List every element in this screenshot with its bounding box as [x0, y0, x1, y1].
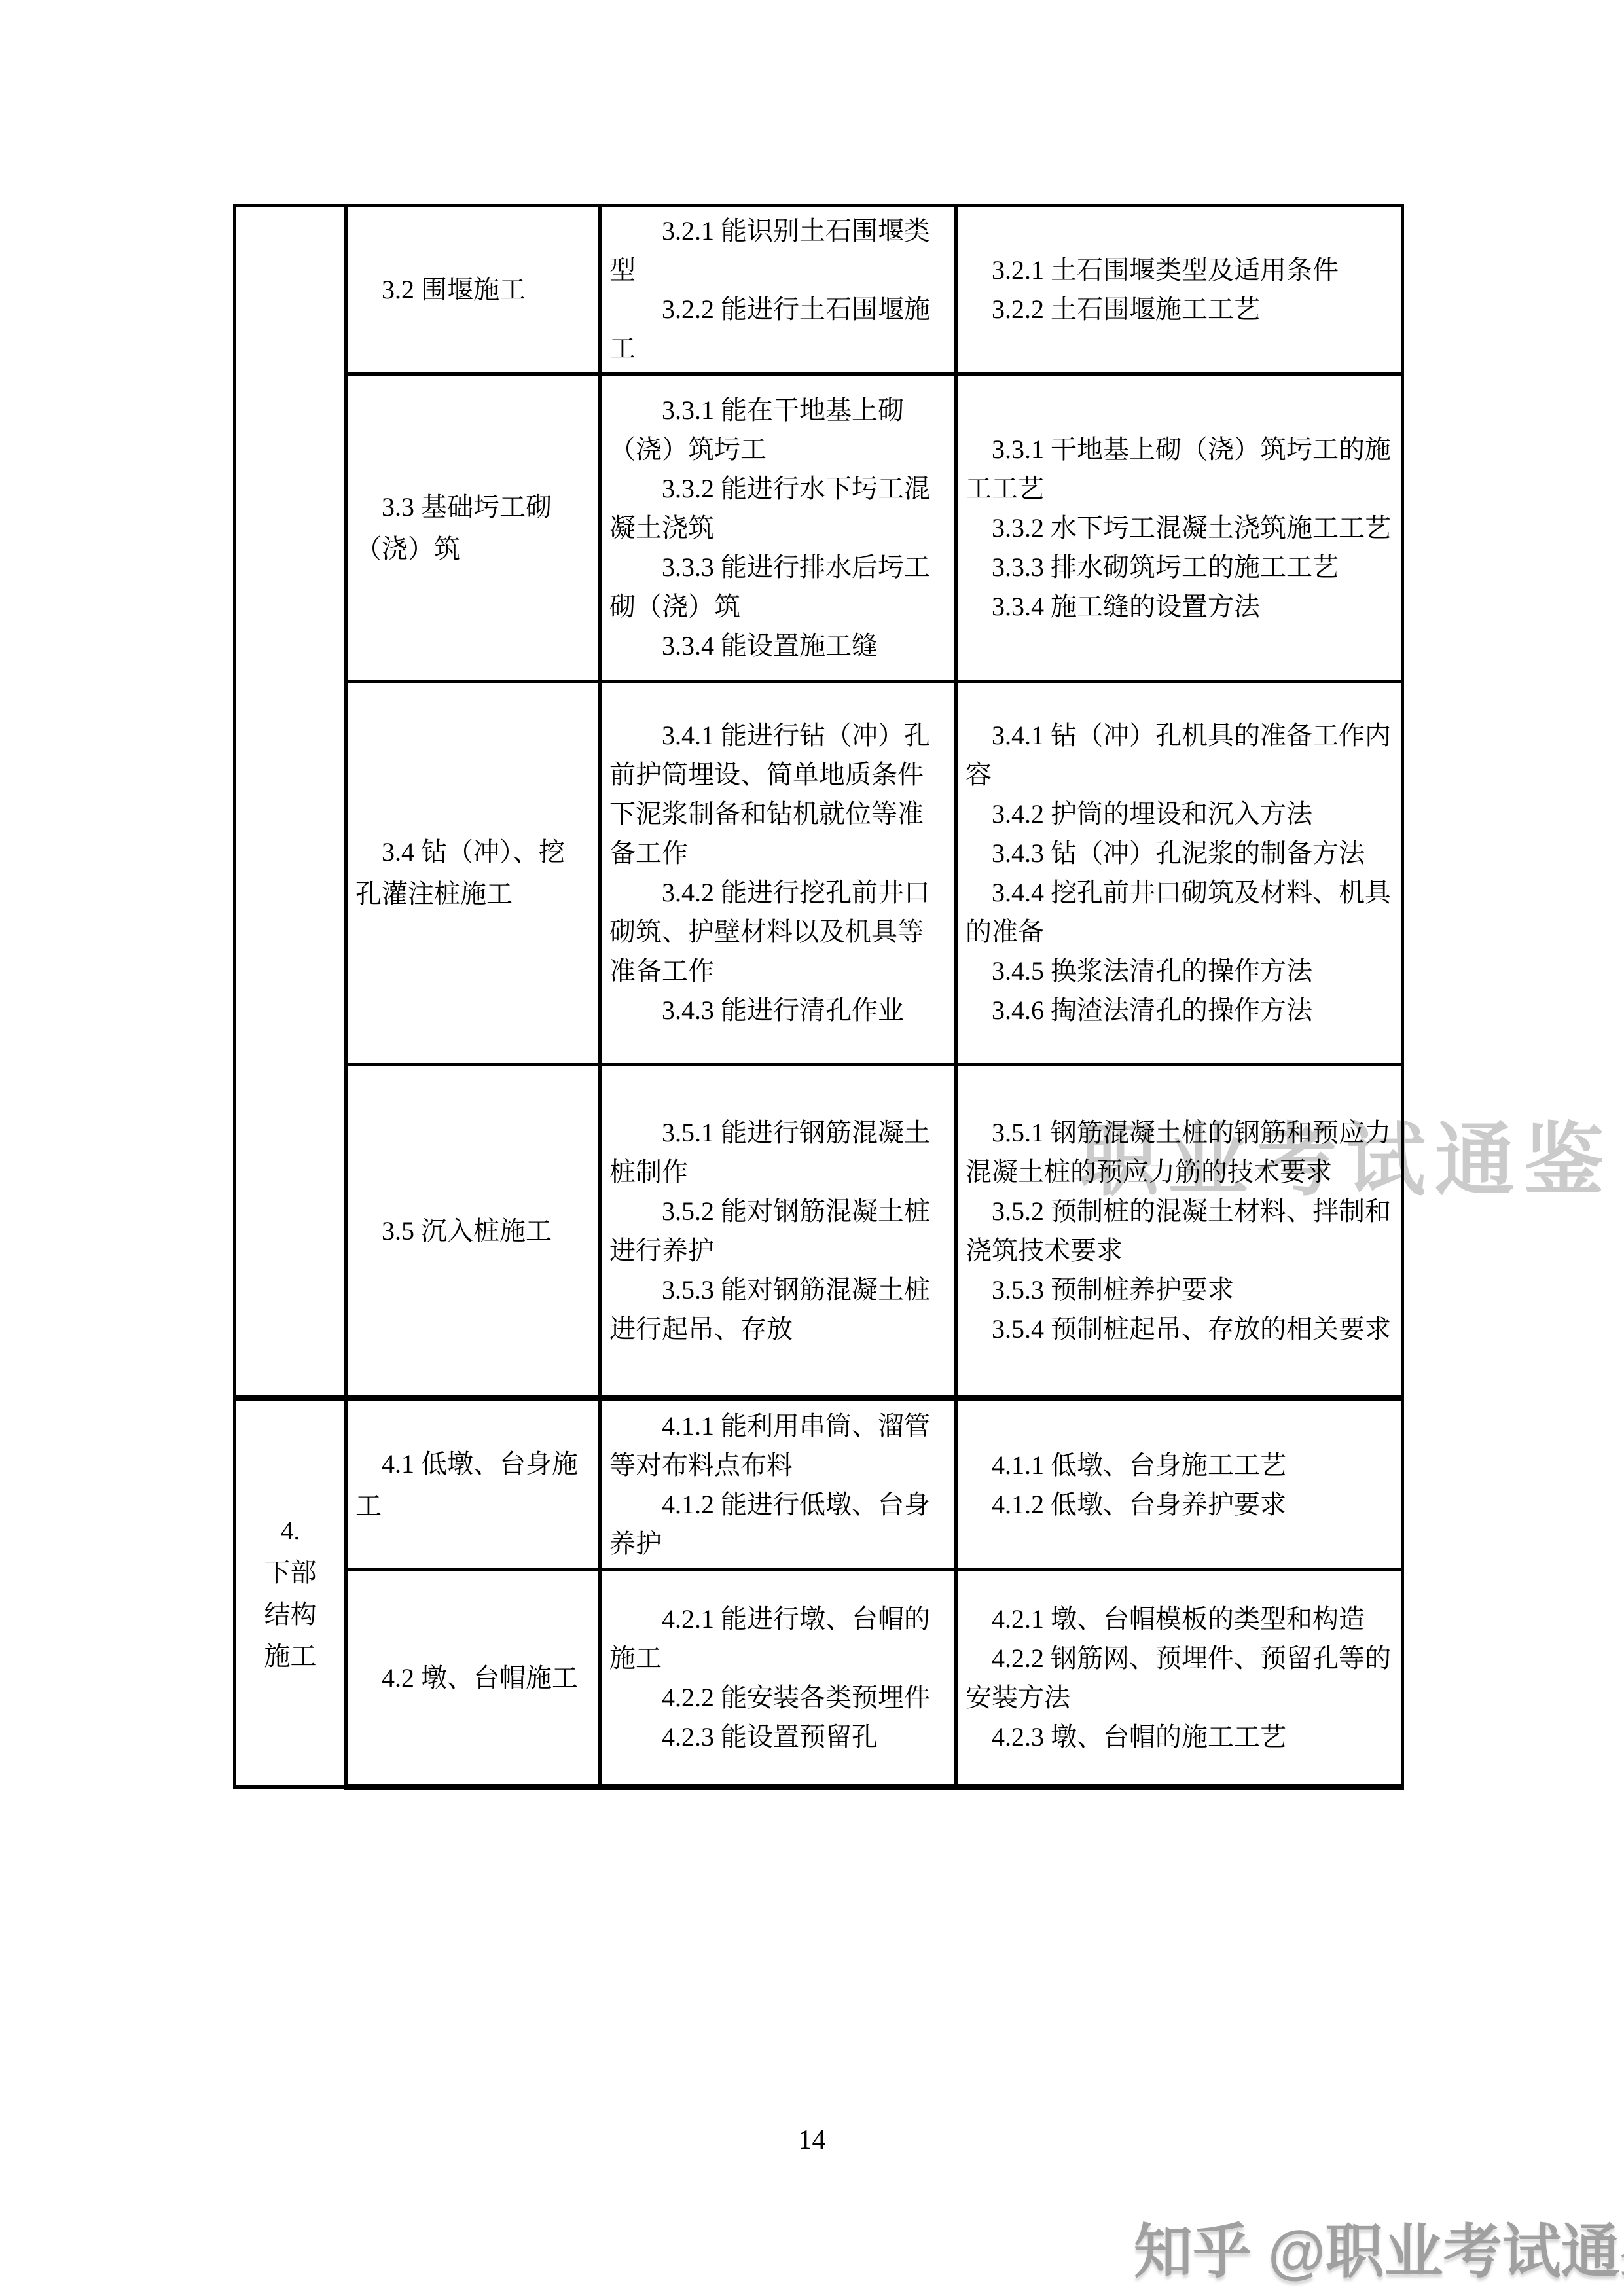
task-cell: 3.3 基础圬工砌（浇）筑 [346, 374, 600, 682]
knowledge-item: 3.3.4 施工缝的设置方法 [965, 587, 1393, 626]
table-row: 3.2 围堰施工 3.2.1 能识别土石围堰类型 3.2.2 能进行土石围堰施工… [235, 206, 1403, 374]
knowledge-item: 4.2.1 墩、台帽模板的类型和构造 [965, 1600, 1393, 1639]
knowledge-item: 3.4.4 挖孔前井口砌筑及材料、机具的准备 [965, 873, 1393, 952]
standard-table: 3.2 围堰施工 3.2.1 能识别土石围堰类型 3.2.2 能进行土石围堰施工… [233, 204, 1404, 1790]
task-cell: 4.1 低墩、台身施工 [346, 1399, 600, 1570]
skill-item: 4.2.3 能设置预留孔 [609, 1717, 947, 1757]
task-label: 3.5 沉入桩施工 [355, 1210, 590, 1252]
skill-item: 3.3.3 能进行排水后圬工砌（浇）筑 [609, 548, 947, 626]
knowledge-cell: 4.2.1 墩、台帽模板的类型和构造 4.2.2 钢筋网、预埋件、预留孔等的安装… [956, 1570, 1403, 1787]
knowledge-item: 3.5.3 预制桩养护要求 [965, 1270, 1393, 1310]
task-label: 4.2 墩、台帽施工 [355, 1657, 590, 1699]
skill-item: 3.5.2 能对钢筋混凝土桩进行养护 [609, 1192, 947, 1270]
knowledge-item: 3.4.2 护筒的埋设和沉入方法 [965, 795, 1393, 834]
zhihu-watermark: 知乎 @职业考试通鉴 [1134, 2220, 1624, 2285]
section-label-line: 结构 [244, 1594, 336, 1636]
skill-item: 4.2.1 能进行墩、台帽的施工 [609, 1600, 947, 1678]
table-row: 3.3 基础圬工砌（浇）筑 3.3.1 能在干地基上砌（浇）筑圬工 3.3.2 … [235, 374, 1403, 682]
table-row: 4.2 墩、台帽施工 4.2.1 能进行墩、台帽的施工 4.2.2 能安装各类预… [235, 1570, 1403, 1787]
table-row: 3.4 钻（冲）、挖孔灌注桩施工 3.4.1 能进行钻（冲）孔前护筒埋设、简单地… [235, 682, 1403, 1065]
knowledge-item: 3.5.1 钢筋混凝土桩的钢筋和预应力混凝土桩的预应力筋的技术要求 [965, 1113, 1393, 1192]
knowledge-item: 3.2.2 土石围堰施工工艺 [965, 290, 1393, 329]
section-cell: 4. 下部 结构 施工 [235, 1399, 346, 1787]
task-cell: 3.2 围堰施工 [346, 206, 600, 374]
skills-cell: 3.5.1 能进行钢筋混凝土桩制作 3.5.2 能对钢筋混凝土桩进行养护 3.5… [600, 1065, 956, 1399]
table-row: 3.5 沉入桩施工 3.5.1 能进行钢筋混凝土桩制作 3.5.2 能对钢筋混凝… [235, 1065, 1403, 1399]
skill-item: 3.5.1 能进行钢筋混凝土桩制作 [609, 1113, 947, 1192]
table-row: 4. 下部 结构 施工 4.1 低墩、台身施工 4.1.1 能利用串筒、溜管等对… [235, 1399, 1403, 1570]
skill-item: 4.1.2 能进行低墩、台身养护 [609, 1485, 947, 1564]
knowledge-item: 3.4.6 掏渣法清孔的操作方法 [965, 991, 1393, 1030]
skill-item: 3.4.3 能进行清孔作业 [609, 991, 947, 1030]
knowledge-cell: 3.3.1 干地基上砌（浇）筑圬工的施工工艺 3.3.2 水下圬工混凝土浇筑施工… [956, 374, 1403, 682]
skill-item: 4.2.2 能安装各类预埋件 [609, 1678, 947, 1717]
task-label: 3.4 钻（冲）、挖孔灌注桩施工 [355, 831, 590, 915]
page-number: 14 [0, 2125, 1624, 2156]
knowledge-cell: 3.2.1 土石围堰类型及适用条件 3.2.2 土石围堰施工工艺 [956, 206, 1403, 374]
skills-cell: 3.4.1 能进行钻（冲）孔前护筒埋设、简单地质条件下泥浆制备和钻机就位等准备工… [600, 682, 956, 1065]
knowledge-item: 3.4.5 换浆法清孔的操作方法 [965, 952, 1393, 991]
skill-item: 3.3.1 能在干地基上砌（浇）筑圬工 [609, 391, 947, 469]
skills-cell: 3.2.1 能识别土石围堰类型 3.2.2 能进行土石围堰施工 [600, 206, 956, 374]
knowledge-item: 3.3.3 排水砌筑圬工的施工工艺 [965, 548, 1393, 587]
section-cell-empty [235, 206, 346, 1399]
knowledge-item: 3.2.1 土石围堰类型及适用条件 [965, 251, 1393, 290]
knowledge-item: 4.1.2 低墩、台身养护要求 [965, 1485, 1393, 1524]
skills-cell: 3.3.1 能在干地基上砌（浇）筑圬工 3.3.2 能进行水下圬工混凝土浇筑 3… [600, 374, 956, 682]
knowledge-item: 4.1.1 低墩、台身施工工艺 [965, 1446, 1393, 1485]
skills-cell: 4.2.1 能进行墩、台帽的施工 4.2.2 能安装各类预埋件 4.2.3 能设… [600, 1570, 956, 1787]
knowledge-item: 3.3.1 干地基上砌（浇）筑圬工的施工工艺 [965, 430, 1393, 509]
knowledge-item: 3.4.1 钻（冲）孔机具的准备工作内容 [965, 716, 1393, 795]
skill-item: 4.1.1 能利用串筒、溜管等对布料点布料 [609, 1407, 947, 1485]
knowledge-cell: 3.5.1 钢筋混凝土桩的钢筋和预应力混凝土桩的预应力筋的技术要求 3.5.2 … [956, 1065, 1403, 1399]
skill-item: 3.3.4 能设置施工缝 [609, 626, 947, 666]
task-label: 4.1 低墩、台身施工 [355, 1443, 590, 1527]
knowledge-item: 4.2.2 钢筋网、预埋件、预留孔等的安装方法 [965, 1639, 1393, 1717]
knowledge-cell: 4.1.1 低墩、台身施工工艺 4.1.2 低墩、台身养护要求 [956, 1399, 1403, 1570]
skill-item: 3.2.1 能识别土石围堰类型 [609, 211, 947, 290]
skill-item: 3.4.1 能进行钻（冲）孔前护筒埋设、简单地质条件下泥浆制备和钻机就位等准备工… [609, 716, 947, 873]
skill-item: 3.5.3 能对钢筋混凝土桩进行起吊、存放 [609, 1270, 947, 1349]
section-label-line: 下部 [244, 1552, 336, 1594]
task-cell: 3.5 沉入桩施工 [346, 1065, 600, 1399]
knowledge-item: 3.4.3 钻（冲）孔泥浆的制备方法 [965, 834, 1393, 873]
skills-cell: 4.1.1 能利用串筒、溜管等对布料点布料 4.1.2 能进行低墩、台身养护 [600, 1399, 956, 1570]
knowledge-item: 3.5.4 预制桩起吊、存放的相关要求 [965, 1310, 1393, 1349]
task-cell: 3.4 钻（冲）、挖孔灌注桩施工 [346, 682, 600, 1065]
knowledge-item: 4.2.3 墩、台帽的施工工艺 [965, 1717, 1393, 1757]
skill-item: 3.2.2 能进行土石围堰施工 [609, 290, 947, 368]
section-label-line: 4. [244, 1510, 336, 1552]
knowledge-item: 3.3.2 水下圬工混凝土浇筑施工工艺 [965, 509, 1393, 548]
knowledge-item: 3.5.2 预制桩的混凝土材料、拌制和浇筑技术要求 [965, 1192, 1393, 1270]
task-cell: 4.2 墩、台帽施工 [346, 1570, 600, 1787]
task-label: 3.2 围堰施工 [355, 269, 590, 311]
skill-item: 3.4.2 能进行挖孔前井口砌筑、护壁材料以及机具等准备工作 [609, 873, 947, 991]
knowledge-cell: 3.4.1 钻（冲）孔机具的准备工作内容 3.4.2 护筒的埋设和沉入方法 3.… [956, 682, 1403, 1065]
task-label: 3.3 基础圬工砌（浇）筑 [355, 486, 590, 570]
section-label-line: 施工 [244, 1636, 336, 1677]
skill-item: 3.3.2 能进行水下圬工混凝土浇筑 [609, 469, 947, 548]
